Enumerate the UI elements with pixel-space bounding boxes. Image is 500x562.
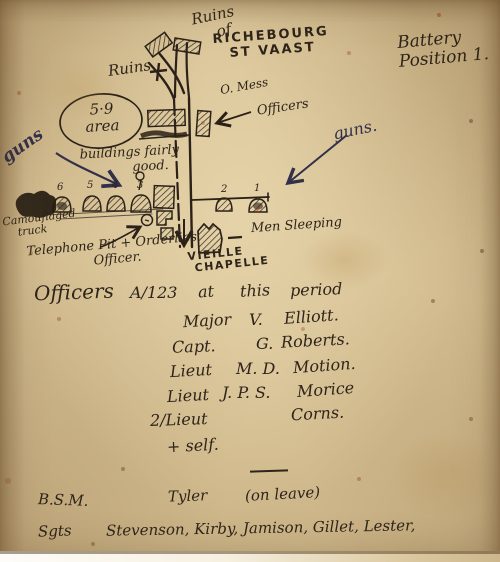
gun-number-1: 1 [254,183,260,194]
buildings-note: buildings fairly good. [79,143,180,177]
page-bottom-edge [0,551,500,562]
roster-heading-period: period [290,280,343,300]
gun-number-6: 6 [57,182,63,193]
gun-number-3: 3 [137,180,143,191]
ruined-buildings [145,32,201,57]
area-59-label: 5·9 area [69,99,135,136]
roster-heading-battery: A/123 [130,284,177,302]
paper-stain [390,430,500,520]
crossed-out-note [139,133,189,139]
roster-divider [250,469,288,472]
roster-heading-officers: Officers [34,280,115,305]
officers-arrow [217,112,251,123]
battery-position-title: Battery Position 1. [397,26,490,72]
war-diary-page: Ruins of RICHEBOURG ST VAAST Battery Pos… [0,0,500,562]
gun-number-5: 5 [87,180,93,191]
gun-number-4: 4 [112,180,118,191]
paper-speckles [0,0,2,2]
gun-number-2: 2 [221,184,227,195]
roster-heading-at: at [197,282,214,301]
roster-heading-this: this [240,281,271,300]
